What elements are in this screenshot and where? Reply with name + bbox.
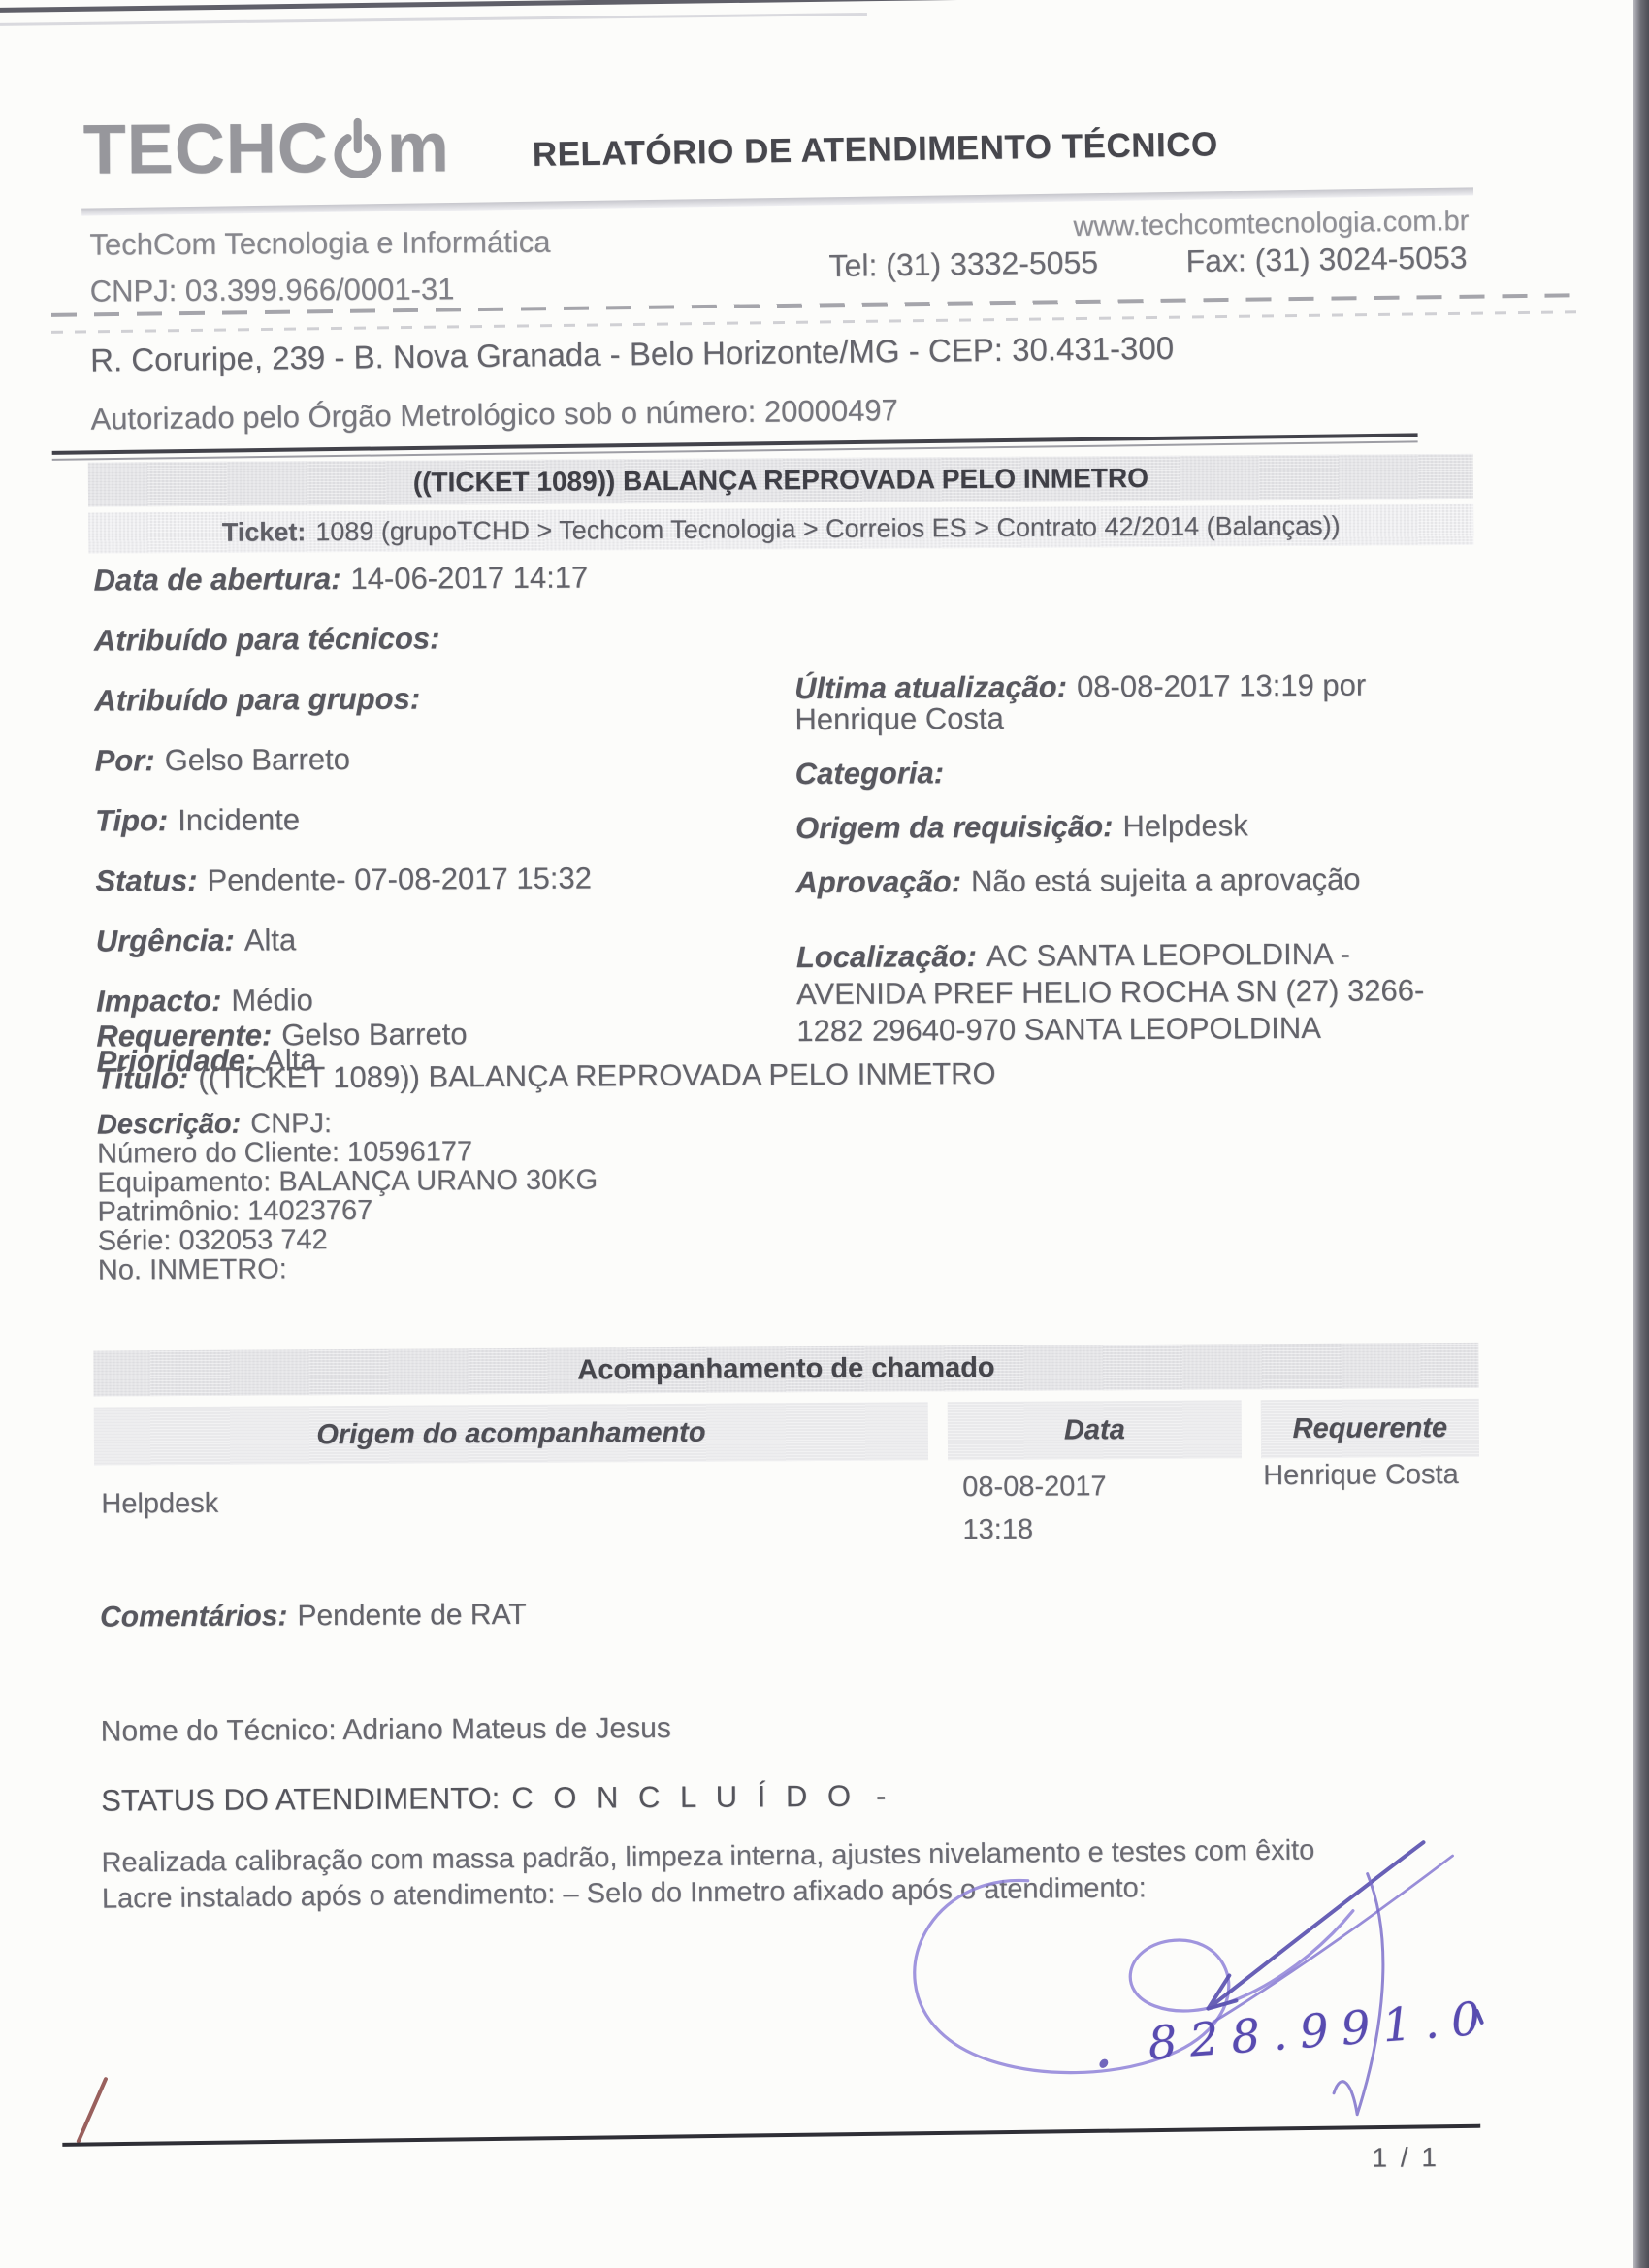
scanned-report-page: TECHC m RELATÓRIO DE ATENDIMENTO TÉCNICO… — [0, 0, 1649, 2268]
field-atribuido-tecnicos: Atribuído para técnicos: — [94, 622, 591, 656]
followup-cell-data: 08-08-2017 13:18 — [962, 1465, 1107, 1551]
ticket-fields-right: Última atualização:08-08-2017 13:19 por … — [794, 669, 1466, 922]
ticket-breadcrumb-bar: Ticket: 1089 (grupoTCHD > Techcom Tecnol… — [88, 504, 1473, 554]
report-content: TECHC m RELATÓRIO DE ATENDIMENTO TÉCNICO… — [0, 0, 1649, 2268]
followup-col-data: Data — [948, 1400, 1242, 1460]
followup-table-title-bar: Acompanhamento de chamado — [93, 1343, 1478, 1397]
fax-number: Fax: (31) 3024-5053 — [1185, 240, 1467, 279]
description-line: Série: 032053 742 — [98, 1223, 598, 1255]
field-origem-requisicao: Origem da requisição:Helpdesk — [795, 809, 1465, 844]
phone-number: Tel: (31) 3332-5055 — [828, 244, 1098, 284]
followup-col-origem: Origem do acompanhamento — [94, 1402, 928, 1465]
page-number: 1 / 1 — [1372, 2142, 1439, 2173]
breadcrumb-label: Ticket: — [222, 517, 307, 548]
field-localizacao: Localização:AC SANTA LEOPOLDINA - AVENID… — [796, 935, 1445, 1050]
field-requerente: Requerente:Gelso Barreto — [96, 1017, 467, 1053]
technician-name-line: Nome do Técnico: Adriano Mateus de Jesus — [101, 1712, 671, 1749]
field-atribuido-grupos: Atribuído para grupos: — [94, 682, 591, 716]
logo-text-post: m — [387, 113, 450, 182]
address-line: R. Coruripe, 239 - B. Nova Granada - Bel… — [90, 330, 1174, 379]
field-por: Por:Gelso Barreto — [95, 742, 592, 776]
followup-col-requerente: Requerente — [1261, 1399, 1479, 1458]
field-ultima-atualizacao: Última atualização:08-08-2017 13:19 por … — [794, 669, 1464, 735]
logo-text-pre: TECHC — [83, 113, 329, 185]
field-aprovacao: Aprovação:Não está sujeita a aprovação — [795, 863, 1465, 898]
website-url: www.techcomtecnologia.com.br — [925, 206, 1469, 245]
footer-rule — [62, 2124, 1480, 2147]
ticket-title-text: ((TICKET 1089)) BALANÇA REPROVADA PELO I… — [413, 463, 1148, 499]
followup-table-title: Acompanhamento de chamado — [577, 1352, 994, 1387]
service-status-value: C O N C L U Í D O — [511, 1779, 857, 1815]
phone-fax-row: Tel: (31) 3332-5055 Fax: (31) 3024-5053 — [828, 240, 1467, 284]
description-line: Patrimônio: 14023767 — [97, 1194, 598, 1226]
techcom-logo: TECHC m — [83, 111, 450, 186]
pen-stroke-mark — [76, 2077, 108, 2144]
field-tipo: Tipo:Incidente — [95, 802, 592, 836]
description-line: Equipamento: BALANÇA URANO 30KG — [97, 1165, 598, 1197]
description-first-line: Descrição:CNPJ: — [97, 1107, 598, 1139]
followup-cell-origem: Helpdesk — [101, 1488, 218, 1521]
field-comentarios: Comentários:Pendente de RAT — [100, 1599, 527, 1635]
signature-scribble — [824, 1805, 1504, 2129]
field-status: Status:Pendente- 07-08-2017 15:32 — [95, 862, 592, 896]
field-urgencia: Urgência:Alta — [96, 923, 593, 956]
followup-cell-requerente: Henrique Costa — [1263, 1459, 1459, 1492]
company-cnpj: CNPJ: 03.399.966/0001-31 — [90, 272, 455, 308]
description-line: Número do Cliente: 10596177 — [97, 1136, 598, 1168]
service-status-label: STATUS DO ATENDIMENTO: — [101, 1781, 500, 1818]
description-block: Descrição:CNPJ: Número do Cliente: 10596… — [97, 1107, 598, 1284]
service-status-line: STATUS DO ATENDIMENTO:C O N C L U Í D O- — [101, 1779, 886, 1819]
field-data-abertura: Data de abertura:14-06-2017 14:17 — [93, 562, 590, 596]
company-name: TechCom Tecnologia e Informática — [89, 225, 550, 263]
field-impacto: Impacto:Médio — [96, 983, 593, 1017]
description-line: No. INMETRO: — [98, 1252, 598, 1284]
power-icon — [332, 112, 384, 185]
authorization-line: Autorizado pelo Órgão Metrológico sob o … — [90, 393, 898, 437]
field-titulo: Título:((TICKET 1089)) BALANÇA REPROVADA… — [97, 1056, 996, 1097]
service-status-suffix: - — [876, 1779, 887, 1813]
ticket-title-bar: ((TICKET 1089)) BALANÇA REPROVADA PELO I… — [88, 454, 1473, 507]
report-title: RELATÓRIO DE ATENDIMENTO TÉCNICO — [533, 124, 1339, 175]
field-categoria: Categoria: — [795, 755, 1465, 790]
breadcrumb-value: 1089 (grupoTCHD > Techcom Tecnologia > C… — [315, 510, 1340, 546]
